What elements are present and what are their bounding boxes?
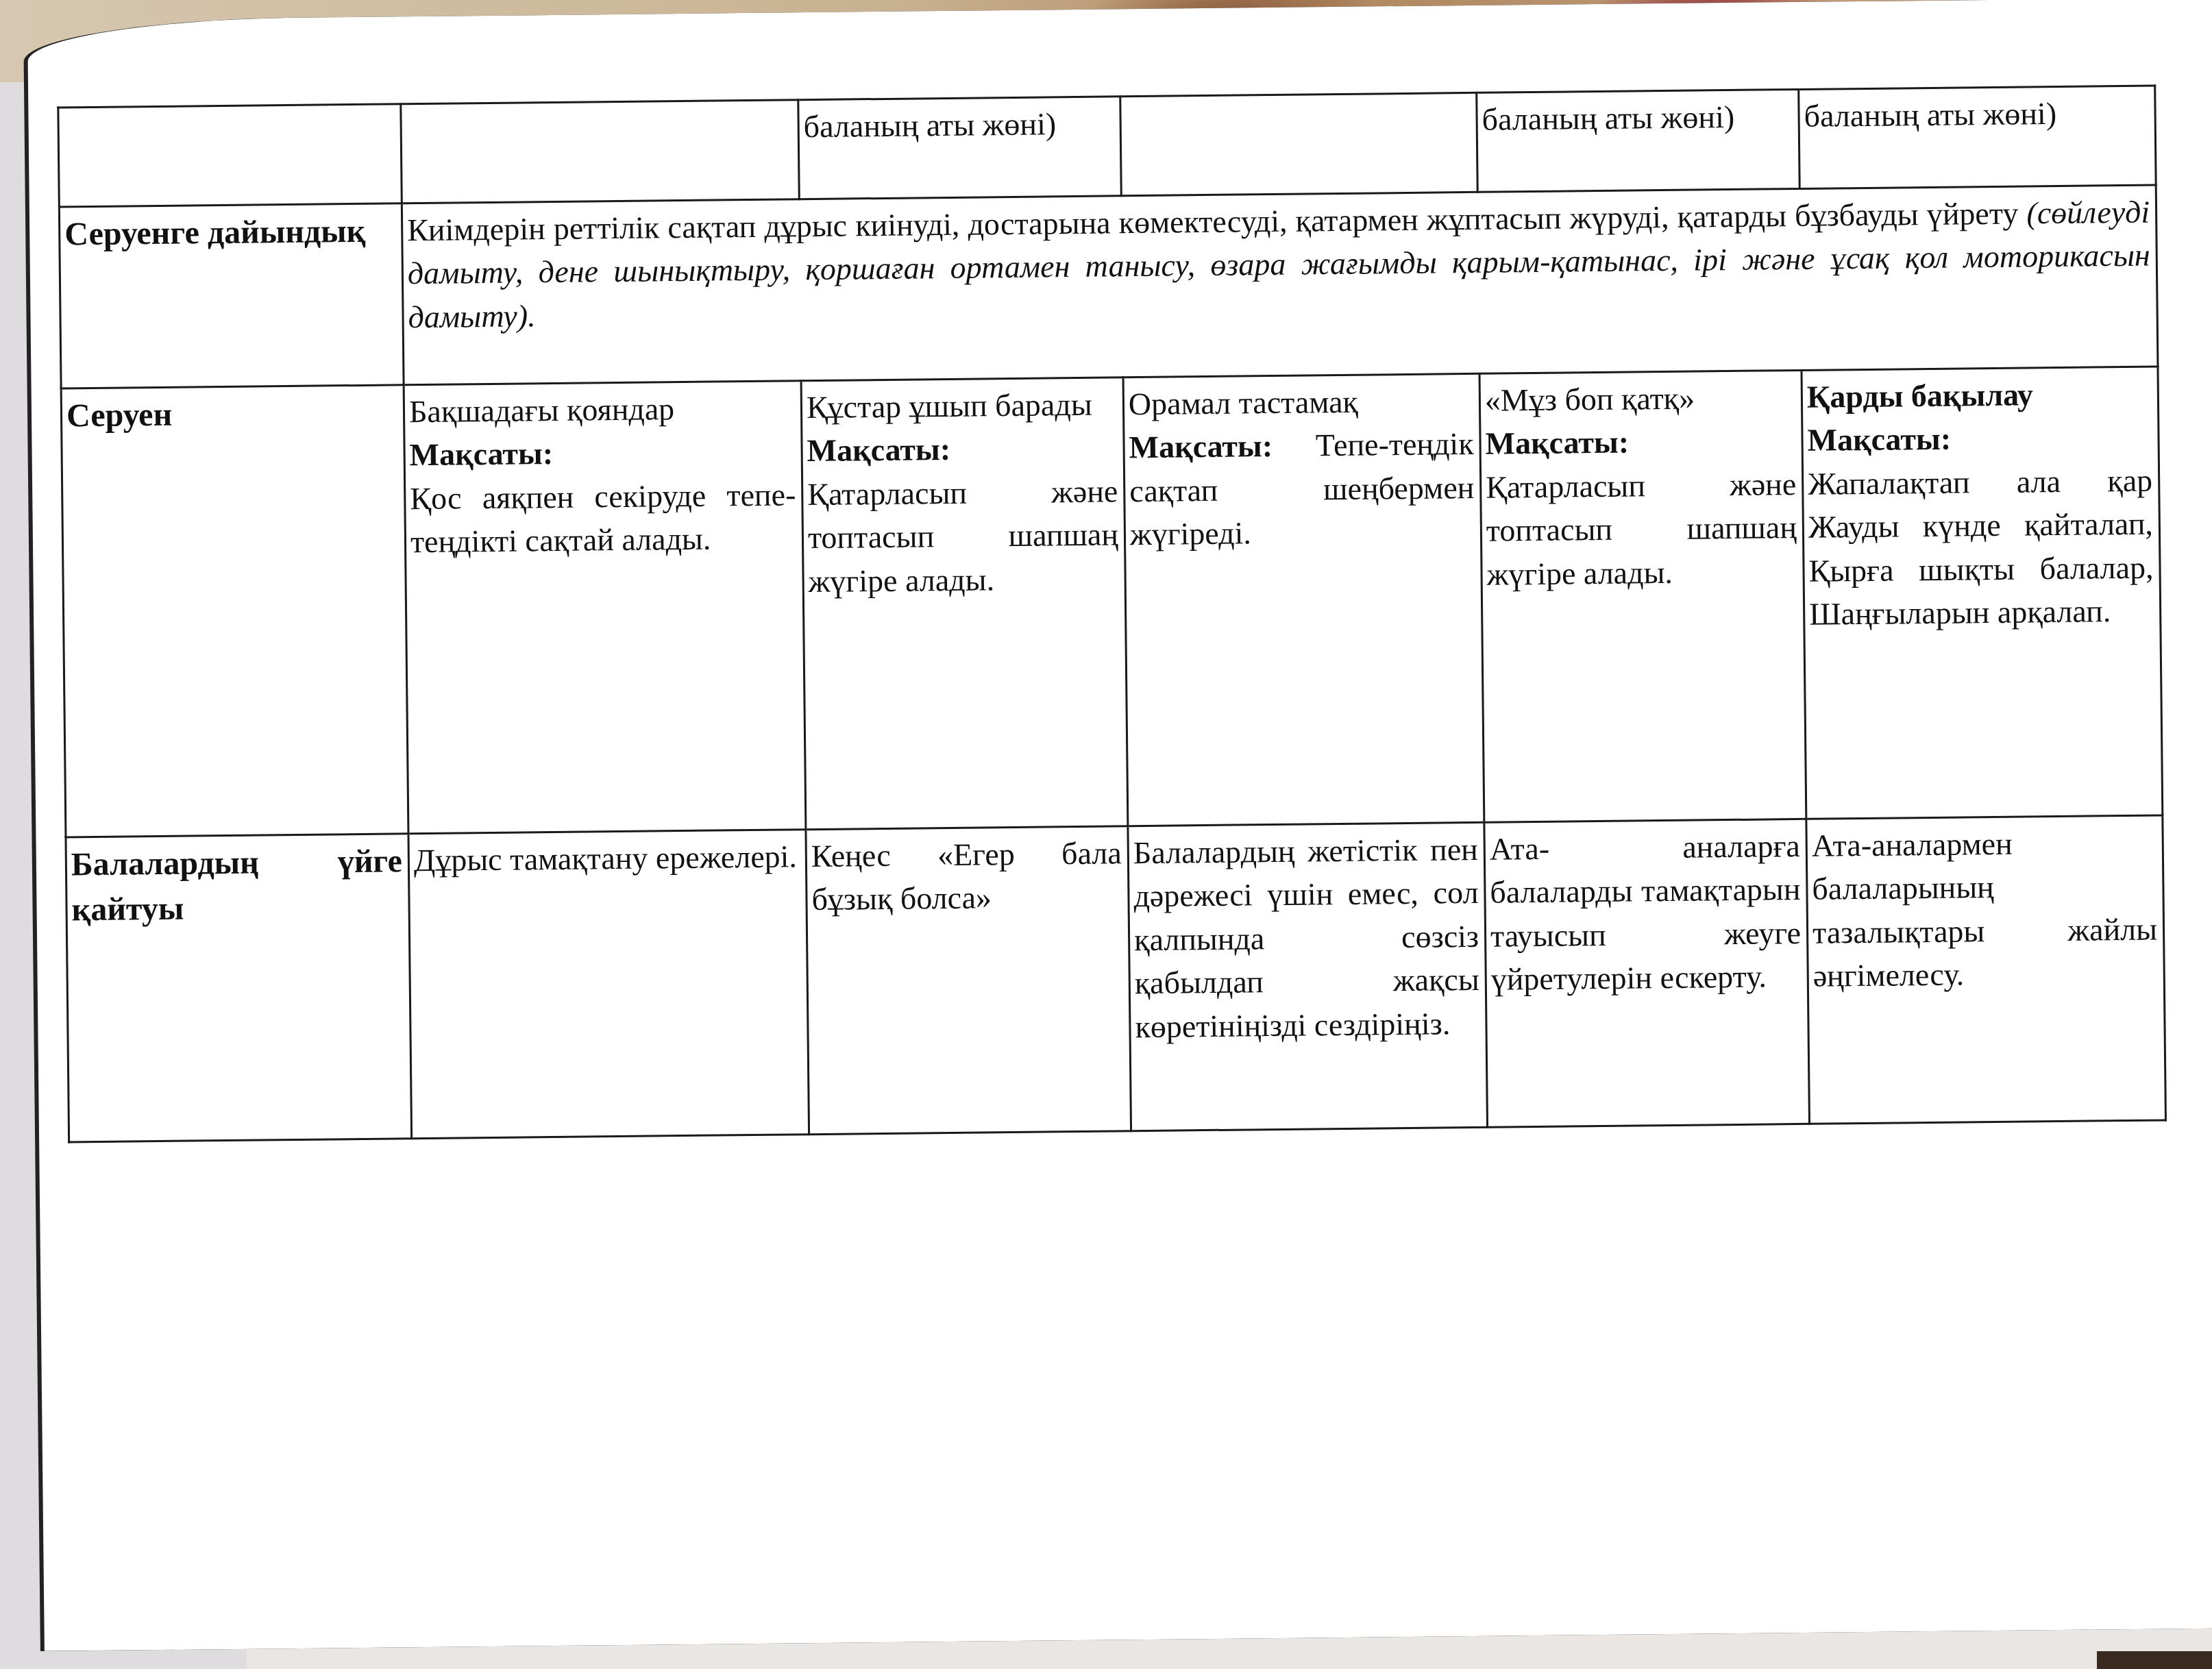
background-floor	[2097, 1651, 2212, 1669]
walk-game-title: «Мұз боп қатқ»	[1485, 375, 1796, 422]
going-home-cell-1: Дұрыс тамақтану ережелері.	[408, 830, 809, 1139]
header-cell-2: баланың аты жөні)	[798, 97, 1121, 199]
going-home-cell-2: Кеңес «Егер бала бұзық болса»	[806, 826, 1131, 1135]
walk-goal-text: Қатарласып және топтасып шапшаң жүгіре а…	[1486, 467, 1797, 592]
walk-game-title: Бақшадағы қояндар	[409, 386, 796, 433]
document-page: баланың аты жөні) баланың аты жөні) бала…	[27, 0, 2212, 1651]
walk-goal-label: Мақсаты:	[409, 430, 796, 477]
header-cell-3	[1120, 92, 1477, 195]
walk-preparation-text: Киімдерін реттілік сақтап дұрыс киінуді,…	[407, 196, 2019, 248]
walk-cell-1: Бақшадағы қояндар Мақсаты: Қос аяқпен се…	[404, 381, 806, 834]
header-cell-label	[58, 104, 402, 207]
daily-plan-table: баланың аты жөні) баланың аты жөні) бала…	[57, 84, 2167, 1143]
row-label-walk-preparation: Серуенге дайындық	[59, 203, 404, 388]
row-label-going-home: Балалардың үйге қайтуы	[66, 834, 412, 1142]
walk-cell-2: Құстар ұшып барады Мақсаты: Қатарласып ж…	[801, 378, 1128, 830]
walk-cell-4: «Мұз боп қатқ» Мақсаты: Қатарласып және …	[1479, 370, 1806, 822]
table-row-walk: Серуен Бақшадағы қояндар Мақсаты: Қос ая…	[61, 367, 2163, 837]
walk-preparation-content: Киімдерін реттілік сақтап дұрыс киінуді,…	[402, 185, 2158, 385]
walk-goal-label: Мақсаты:	[1485, 419, 1796, 465]
walk-cell-5: Қарды бақылау Мақсаты: Жапалақтап ала қа…	[1802, 367, 2163, 819]
walk-cell-3: Орамал тастамақ Мақсаты: Тепе-теңдік сақ…	[1123, 373, 1484, 826]
table-row-walk-preparation: Серуенге дайындық Киімдерін реттілік сақ…	[59, 185, 2158, 388]
going-home-cell-5: Ата-аналармен балаларының тазалықтары жа…	[1806, 815, 2166, 1124]
walk-game-title: Қарды бақылау	[1807, 372, 2152, 419]
walk-goal-label: Мақсаты:	[1807, 415, 2152, 462]
walk-game-title: Құстар ұшып барады	[807, 382, 1118, 429]
header-cell-5: баланың аты жөні)	[1799, 86, 2156, 188]
going-home-cell-3: Балалардың жетістік пен дәрежесі үшін ем…	[1128, 822, 1488, 1130]
walk-goal-label: Мақсаты:	[1129, 428, 1273, 465]
row-label-walk: Серуен	[61, 385, 408, 837]
walk-goal-text: Қатарласып және топтасып шапшаң жүгіре а…	[807, 473, 1118, 599]
walk-game-title: Орамал тастамақ	[1129, 379, 1474, 426]
header-cell-4: баланың аты жөні)	[1477, 89, 1799, 192]
walk-goal-text: Жапалақтап ала қар Жауды күнде қайталап,…	[1808, 463, 2154, 632]
table-row-going-home: Балалардың үйге қайтуы Дұрыс тамақтану е…	[66, 815, 2165, 1142]
walk-goal-label: Мақсаты:	[807, 426, 1118, 473]
going-home-cell-4: Ата- аналарға балаларды тамақтарын тауыс…	[1484, 819, 1810, 1127]
header-cell-1	[401, 100, 799, 203]
walk-goal-text: Қос аяқпен секіруде тепе-теңдікті сақтай…	[410, 477, 796, 559]
